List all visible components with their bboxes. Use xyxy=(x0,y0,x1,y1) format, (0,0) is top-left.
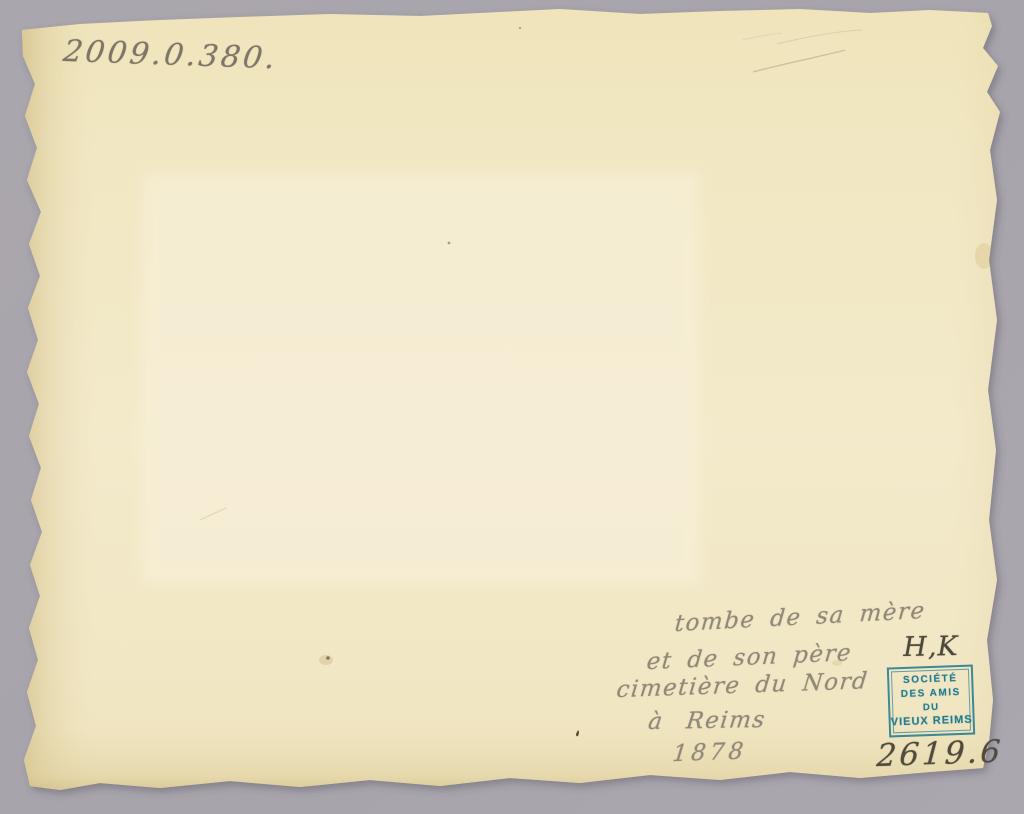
collector-initials-inscription: H,K xyxy=(903,631,959,663)
paper-speck xyxy=(448,242,451,245)
stamp-line-vieux-reims: VIEUX REIMS xyxy=(891,715,973,729)
paper-stain xyxy=(319,655,333,665)
stamp-line-du: DU xyxy=(923,702,940,712)
deckled-edge-shading-bottom xyxy=(16,726,996,796)
deckled-edge-shading-left xyxy=(16,20,94,800)
paper-speck xyxy=(326,656,330,660)
paper-artwork-layer xyxy=(0,0,1024,814)
inventory-number-inscription: 2619.6 xyxy=(875,734,1004,775)
caption-line-4: à Reims xyxy=(647,707,768,735)
accession-number-inscription: 2009.0.380. xyxy=(61,34,280,76)
paper-speck xyxy=(519,27,521,29)
stamp-line-des-amis: DES AMIS xyxy=(901,688,961,700)
caption-line-5: 1878 xyxy=(671,738,748,767)
paper-stain xyxy=(975,243,993,269)
museum-stamp-inner-border: SOCIÉTÉ DES AMIS DU VIEUX REIMS xyxy=(891,669,971,734)
image-showthrough xyxy=(142,172,700,584)
stamp-line-societe: SOCIÉTÉ xyxy=(903,674,958,686)
photo-verso-scan: 2009.0.380. tombe de sa mère et de son p… xyxy=(0,0,1024,814)
museum-stamp: SOCIÉTÉ DES AMIS DU VIEUX REIMS xyxy=(887,665,975,738)
